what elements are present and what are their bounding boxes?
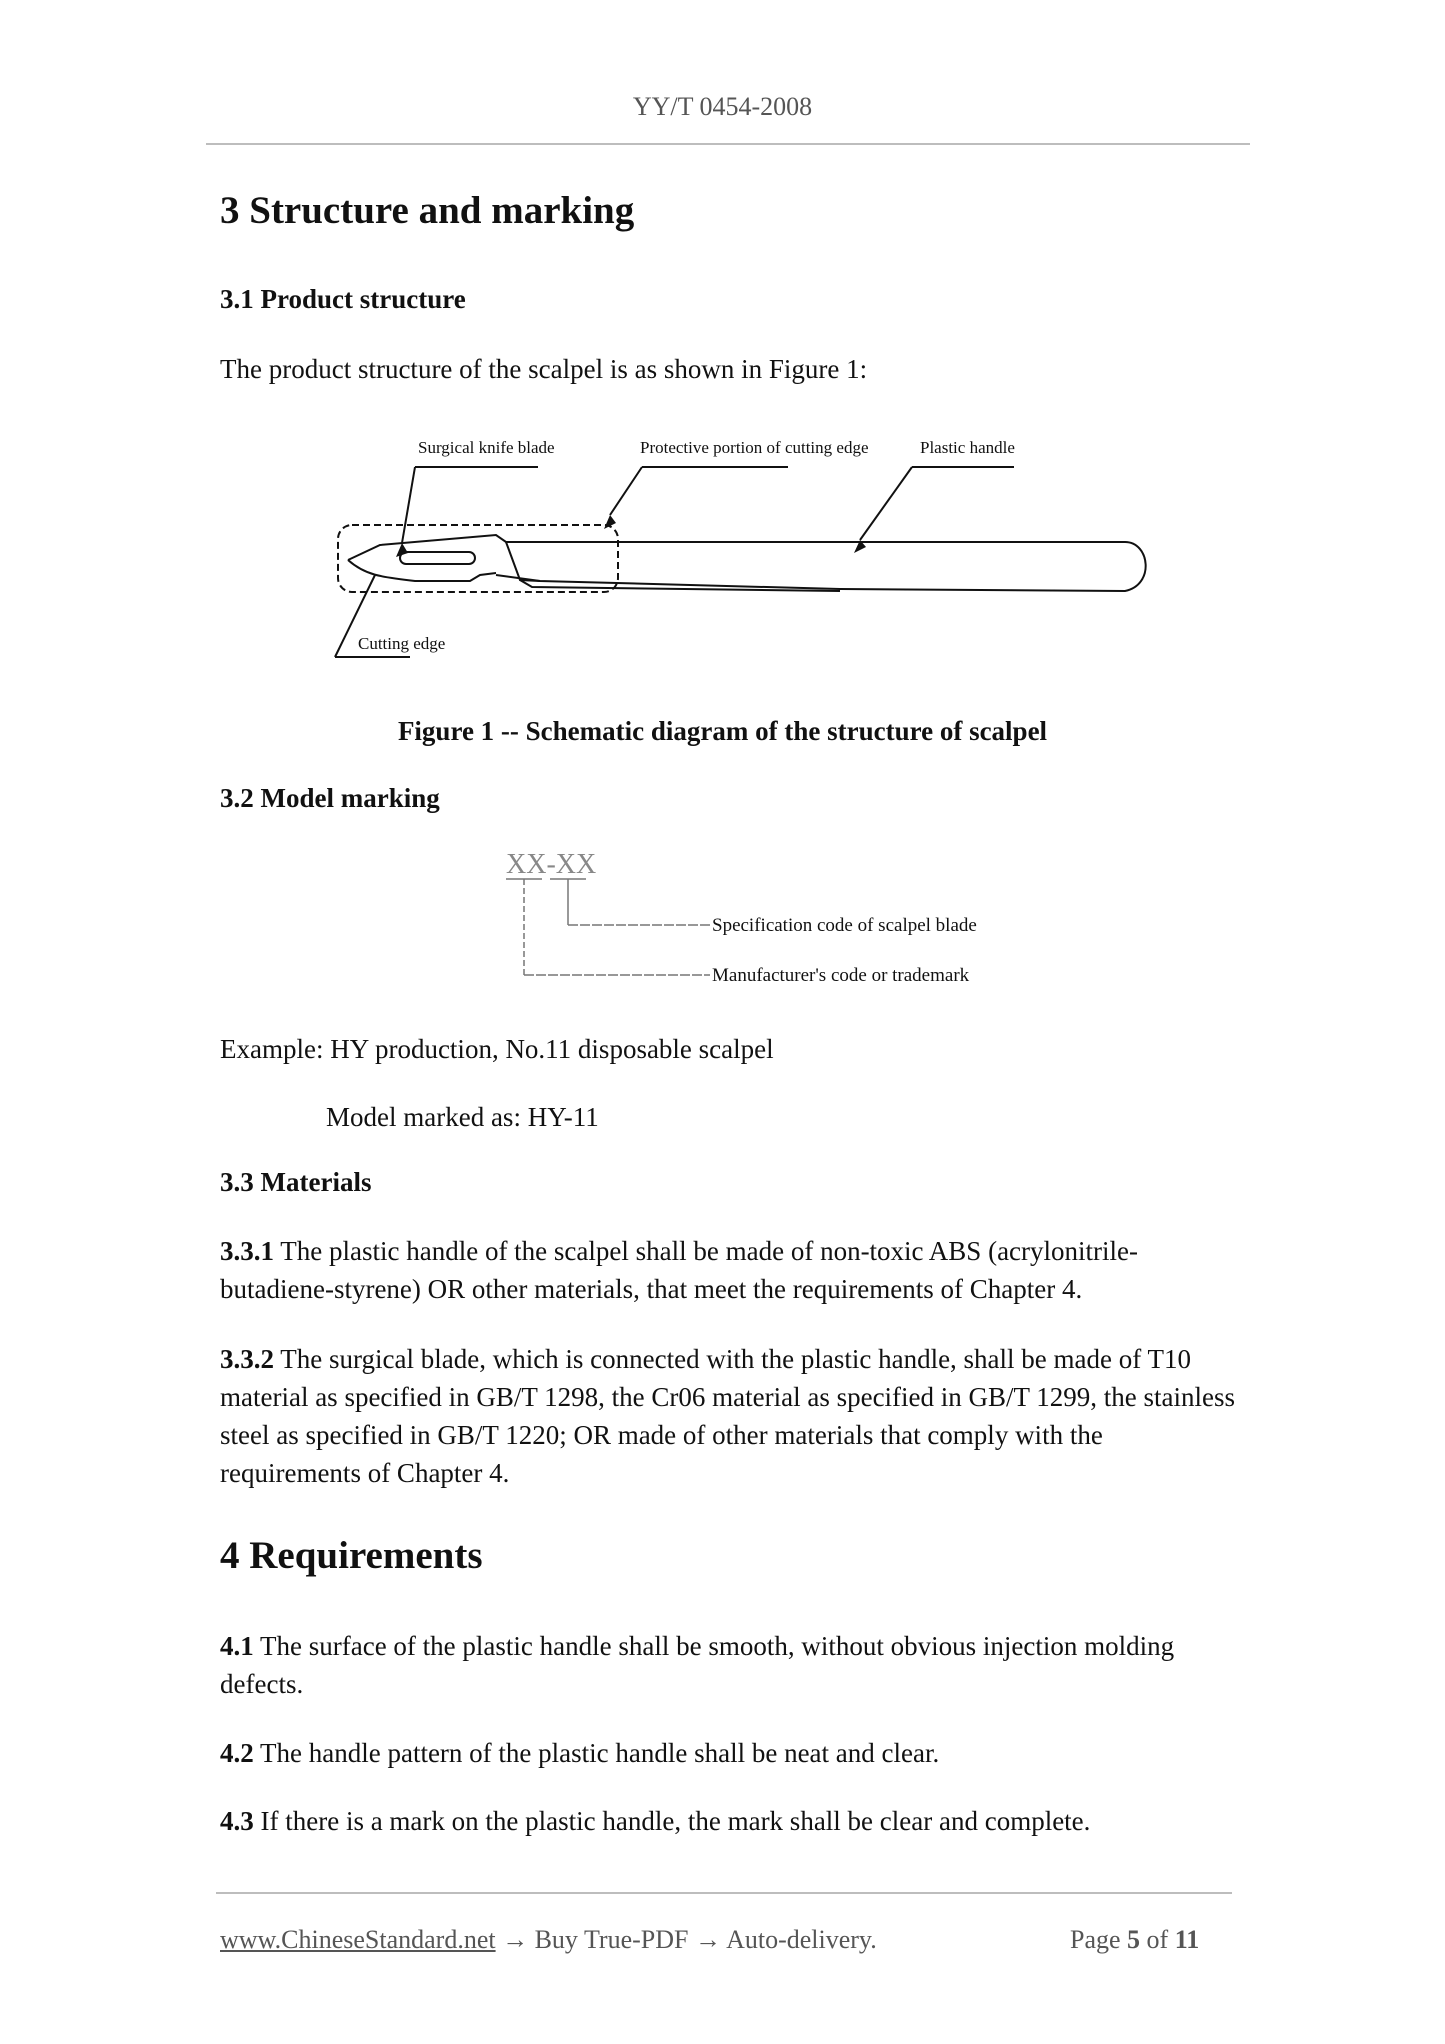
section-3-2-heading: 3.2 Model marking <box>220 783 440 814</box>
example-text: Example: HY production, No.11 disposable… <box>220 1030 1240 1068</box>
paragraph-4-1: 4.1 The surface of the plastic handle sh… <box>220 1627 1240 1703</box>
paragraph-number: 3.3.1 <box>220 1236 274 1266</box>
label-cutting-edge: Cutting edge <box>358 634 445 653</box>
section-4-heading: 4 Requirements <box>220 1533 483 1578</box>
footer-divider <box>216 1892 1232 1894</box>
header-divider <box>206 143 1250 145</box>
section-3-1-intro: The product structure of the scalpel is … <box>220 350 1240 388</box>
page-indicator: Page 5 of 11 <box>1070 1925 1199 1955</box>
page-total: 11 <box>1175 1925 1200 1954</box>
paragraph-text: The handle pattern of the plastic handle… <box>254 1738 939 1768</box>
label-protective-portion: Protective portion of cutting edge <box>640 438 869 457</box>
model-marking-diagram: XX-XX Specification code of scalpel blad… <box>490 845 1030 995</box>
paragraph-text: The plastic handle of the scalpel shall … <box>220 1236 1138 1304</box>
model-marked-text: Model marked as: HY-11 <box>326 1098 1346 1136</box>
arrow-right-icon: → <box>695 1925 721 1954</box>
section-3-heading: 3 Structure and marking <box>220 188 634 233</box>
paragraph-number: 4.1 <box>220 1631 254 1661</box>
arrow-right-icon: → <box>502 1925 528 1954</box>
of-label: of <box>1140 1925 1175 1954</box>
paragraph-3-3-1: 3.3.1 The plastic handle of the scalpel … <box>220 1232 1240 1308</box>
auto-delivery-text: Auto-delivery. <box>721 1925 877 1954</box>
marking-code: XX-XX <box>506 849 596 880</box>
paragraph-number: 4.2 <box>220 1738 254 1768</box>
label-manufacturer-code: Manufacturer's code or trademark <box>712 965 970 986</box>
label-surgical-knife-blade: Surgical knife blade <box>418 438 555 457</box>
page-number: 5 <box>1127 1925 1140 1954</box>
paragraph-4-3: 4.3 If there is a mark on the plastic ha… <box>220 1802 1240 1840</box>
scalpel-structure-figure: Surgical knife blade Protective portion … <box>320 425 1160 675</box>
figure-1-caption: Figure 1 -- Schematic diagram of the str… <box>0 716 1445 747</box>
paragraph-4-2: 4.2 The handle pattern of the plastic ha… <box>220 1734 1240 1772</box>
paragraph-text: The surgical blade, which is connected w… <box>220 1344 1235 1488</box>
page-label: Page <box>1070 1925 1127 1954</box>
site-link[interactable]: www.ChineseStandard.net <box>220 1925 496 1954</box>
paragraph-text: If there is a mark on the plastic handle… <box>254 1806 1091 1836</box>
section-3-1-heading: 3.1 Product structure <box>220 284 466 315</box>
paragraph-number: 3.3.2 <box>220 1344 274 1374</box>
buy-text: Buy True-PDF <box>528 1925 695 1954</box>
section-3-3-heading: 3.3 Materials <box>220 1167 371 1198</box>
paragraph-3-3-2: 3.3.2 The surgical blade, which is conne… <box>220 1340 1240 1492</box>
label-plastic-handle: Plastic handle <box>920 438 1015 457</box>
label-specification-code: Specification code of scalpel blade <box>712 915 977 936</box>
document-header: YY/T 0454-2008 <box>0 92 1445 122</box>
footer-promo: www.ChineseStandard.net → Buy True-PDF →… <box>220 1925 877 1955</box>
paragraph-number: 4.3 <box>220 1806 254 1836</box>
paragraph-text: The surface of the plastic handle shall … <box>220 1631 1174 1699</box>
